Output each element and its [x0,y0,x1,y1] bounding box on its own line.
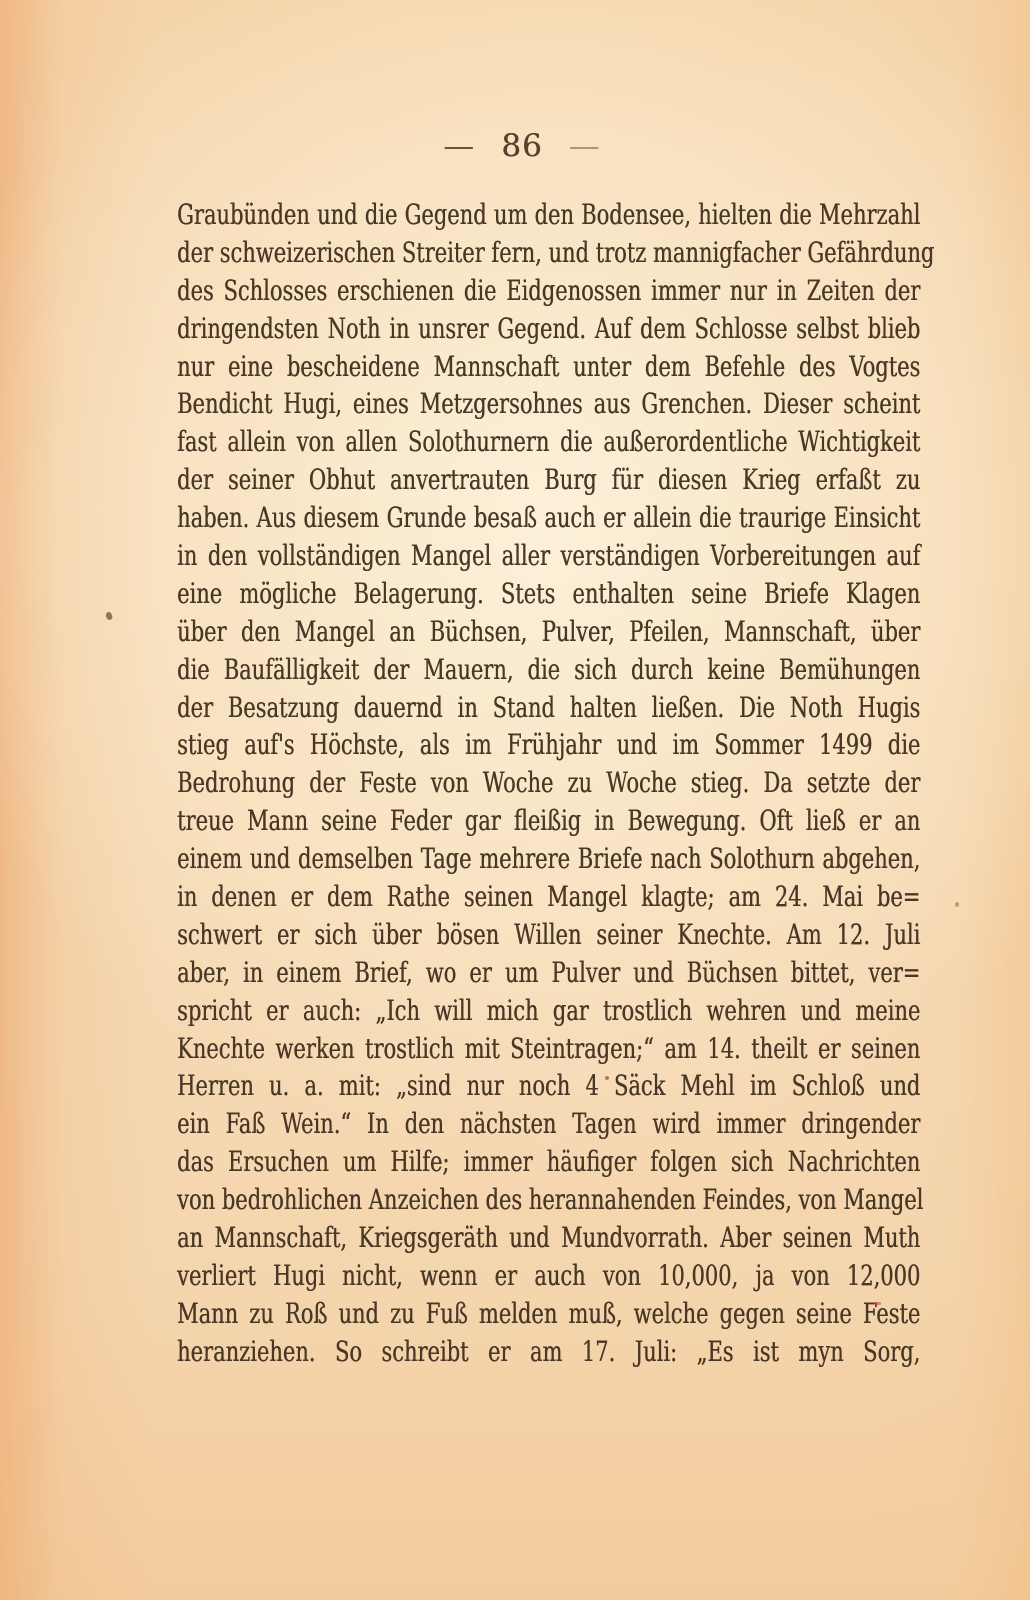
text-line: treue Mann seine Feder gar fleißig in Be… [177,802,920,840]
text-line: nur eine bescheidene Mannschaft unter de… [177,348,920,386]
text-block: Graubünden und die Gegend um den Bodense… [177,196,920,1371]
text-line: Mann zu Roß und zu Fuß melden muß, welch… [177,1295,920,1333]
text-line: eine mögliche Belagerung. Stets enthalte… [177,575,920,613]
text-line: fast allein von allen Solothurnern die a… [177,423,920,461]
text-line: Graubünden und die Gegend um den Bodense… [177,196,920,234]
text-line: spricht er auch: „Ich will mich gar tros… [177,992,920,1030]
text-line: dringendsten Noth in unsrer Gegend. Auf … [177,310,920,348]
text-line: in den vollständigen Mangel aller verstä… [177,537,920,575]
text-line: ein Faß Wein.“ In den nächsten Tagen wir… [177,1105,920,1143]
text-line: Knechte werken trostlich mit Steintragen… [177,1030,920,1068]
text-line: der schweizerischen Streiter fern, und t… [177,234,920,272]
header-dash-left: — [443,128,475,164]
text-line: heranziehen. So schreibt er am 17. Juli:… [177,1333,920,1371]
text-line: das Ersuchen um Hilfe; immer häufiger fo… [177,1143,920,1181]
text-line: Bedrohung der Feste von Woche zu Woche s… [177,764,920,802]
text-line: der seiner Obhut anvertrauten Burg für d… [177,461,920,499]
page-number: 86 [501,128,542,164]
paper-speck [955,902,959,907]
text-line: schwert er sich über bösen Willen seiner… [177,916,920,954]
page-header: — 86 — [7,128,1030,164]
text-line: in denen er dem Rathe seinen Mangel klag… [177,878,920,916]
text-line: über den Mangel an Büchsen, Pulver, Pfei… [177,613,920,651]
book-page: — 86 — Graubünden und die Gegend um den … [0,0,1030,1600]
text-line: an Mannschaft, Kriegsgeräth und Mundvorr… [177,1219,920,1257]
paper-speck [105,611,114,621]
text-line: verliert Hugi nicht, wenn er auch von 10… [177,1257,920,1295]
text-line: einem und demselben Tage mehrere Briefe … [177,840,920,878]
text-line: von bedrohlichen Anzeichen des herannahe… [177,1181,920,1219]
text-line: haben. Aus diesem Grunde besaß auch er a… [177,499,920,537]
text-line: die Baufälligkeit der Mauern, die sich d… [177,651,920,689]
text-line: stieg auf's Höchste, als im Frühjahr und… [177,726,920,764]
text-line: des Schlosses erschienen die Eidgenossen… [177,272,920,310]
text-line: der Besatzung dauernd in Stand halten li… [177,689,920,727]
text-line: Bendicht Hugi, eines Metzgersohnes aus G… [177,385,920,423]
text-line: aber, in einem Brief, wo er um Pulver un… [177,954,920,992]
header-dash-right: — [569,128,601,164]
text-line: Herren u. a. mit: „sind nur noch 4 Säck … [177,1067,920,1105]
